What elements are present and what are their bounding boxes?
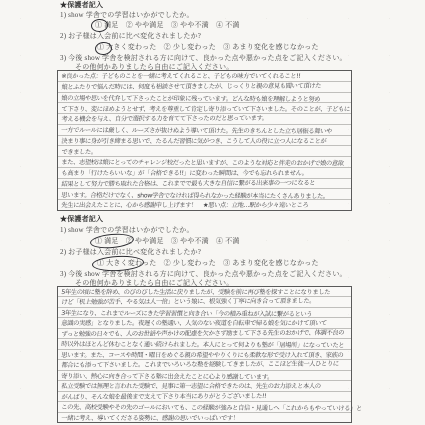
handwritten-text: て下さり、変にほめようとせず、考えを尊重して肯定し寄り添っていて下さいました。そ… xyxy=(61,106,350,113)
question-2-label: 2) お子様は入会前に比べ変化されましたか? xyxy=(60,248,201,256)
circled-answer-q1 xyxy=(91,18,109,32)
question-3-label: 3) 今後 show 学舎を検討される方に向けて、良かった点や悪かった点をご記入… xyxy=(60,270,347,278)
handwritten-line: 一方でルールには厳しく、ルーズさが抜けぬよう導いて頂けた。先生のきちんとした立ち… xyxy=(58,125,351,136)
handwritten-line: 結果として努力で勝ち取れた合格は、これまでで最も大きな自信に繋がる出来事の一つに… xyxy=(58,179,351,190)
question-1-label: 1) show 学舎での学習はいかがでしたか。 xyxy=(60,226,194,234)
handwritten-line: 一緒に考え、導いてくださる姿勢に、感謝の思いでいっぱいです！ xyxy=(58,413,351,422)
handwritten-text: 娘の立場や思いを代弁して下さったことが印象に残っています。どんな時も娘を理解しよ… xyxy=(61,95,320,103)
question-2-label: 2) お子様は入会前に比べ変化されましたか? xyxy=(60,32,201,40)
handwritten-line: 思います。また、コースや時間・曜日をめぐる親の希望ややりくりにも柔軟な形で受け入… xyxy=(58,350,351,360)
survey-section-2: ★保護者記入 1) show 学舎での学習はいかがでしたか。 ① 満足 ② やや… xyxy=(0,213,425,425)
handwritten-text: 考える機会を与え、自分で選択する力を育てて下さったのだと思っています。 xyxy=(61,115,268,123)
handwritten-line: この先、高校受験やその先のゴールにおいても、この経験が強みと自信・見通しへ「これ… xyxy=(58,402,351,412)
question-1-label: 1) show 学舎での学習はいかがでしたか。 xyxy=(60,11,194,19)
handwritten-text: 思います。合格だけでなく、show学舎でなければ得られなかった経験が本当にたくさ… xyxy=(61,192,329,200)
handwritten-text: 決まり事に身が引き締まる思いで、たるんだ習慣に気がつき、こうして人の役に立つ人に… xyxy=(61,138,327,145)
handwritten-line: 考える機会を与え、自分で選択する力を育てて下さったのだと思っています。 xyxy=(58,114,351,125)
handwritten-line: がんばり、そんな娘を最後まで支えて下さり本当にありがとうございました!! xyxy=(58,392,351,402)
handwritten-text: 都合にも添って下さいました。これまでいろいろな塾を経験してきましたが、ここほど生… xyxy=(61,361,339,369)
question-1-options: ① 満足 ② やや満足 ③ やや不満 ④ 不満 xyxy=(95,21,240,29)
handwritten-text: 一方でルールには厳しく、ルーズさが抜けぬよう導いて頂けた。先生のきちんとした立ち… xyxy=(61,127,332,135)
survey-section-1: ★保護者記入 1) show 学舎での学習はいかがでしたか。 ① 満足 ② やや… xyxy=(0,0,425,212)
question-2-options: ① 大きく変わった ② 少し変わった ③ あまり変化を感じなかった xyxy=(97,43,319,51)
handwritten-text: 私立受験では無理と言われた受験で、見事に第一志望に合格できたのは、先生のお力添え… xyxy=(61,383,321,390)
scanned-survey-page: ★保護者記入 1) show 学舎での学習はいかがでしたか。 ① 満足 ② やや… xyxy=(0,0,425,425)
handwritten-text: この先、高校受験やその先のゴールにおいても、この経験が強みと自信・見通しへ「これ… xyxy=(61,404,362,412)
handwritten-line: 都合にも添って下さいました。これまでいろいろな塾を経験してきましたが、ここほど生… xyxy=(58,360,351,370)
handwritten-line: 5年生の頃に塾を辞め、のびのびした生活に戻りましたが、受験を前に再び塾を探すこと… xyxy=(58,287,351,297)
handwritten-text: 先生に出会えたことに、心から感謝申し上げます！ ★悪い点：立地…駅から少々遠いと… xyxy=(61,202,309,209)
handwritten-text: けど「机上勉強が苦手、やる気は人一倍」という娘に、根気強く丁寧に向き合って頂きま… xyxy=(61,298,315,306)
handwritten-text: 娘とふたりで悩んだ時には、何度も相談させて頂きましたが、じっくりと親の意見も聞い… xyxy=(61,83,321,91)
handwritten-text: できました。 xyxy=(61,148,97,155)
handwritten-text: 寄り添い、熱心に向き合って下さる塾に出会えたことに心より感謝しています。 xyxy=(61,373,273,381)
question-3-label: 3) 今後 show 学舎を検討される方に向けて、良かった点や悪かった点をご記入… xyxy=(60,54,347,62)
handwritten-text: 意識の実感」となりました。夜遅くの塾通い、人気のない夜道を自転車で帰る娘を気にか… xyxy=(61,320,327,327)
handwritten-line: て下さり、変にほめようとせず、考えを尊重して肯定し寄り添っていて下さいました。そ… xyxy=(58,103,351,114)
handwritten-text: 結果として努力で勝ち取れた合格は、これまでで最も大きな自信に繋がる出来事の一つに… xyxy=(61,180,315,188)
handwritten-line: も高まり「行けたらいいな」が「合格できる!!」に変わった瞬間は、今でも忘れられま… xyxy=(58,168,351,179)
handwritten-answer-box: ※良かった点：子どものことを一緒に考えてくれること、子どもの味方でいてくれること… xyxy=(57,70,352,211)
handwritten-line: 思います。合格だけでなく、show学舎でなければ得られなかった経験が本当にたくさ… xyxy=(58,189,351,200)
handwritten-line: また、志望校は娘にとってのチャレンジ校だったと思いますが、このような対応と伴走の… xyxy=(58,157,351,168)
handwritten-line: 3年生になり、これまでルーズにきた学習習慣と向き合い「今の積み重ねが入試に繋がる… xyxy=(58,308,351,318)
parent-entry-marker: ★保護者記入 xyxy=(60,215,103,223)
handwritten-line: 娘とふたりで悩んだ時には、何度も相談させて頂きましたが、じっくりと親の意見も聞い… xyxy=(58,82,351,93)
handwritten-text: 時以外はほとんど休むことなく通い続けられました。本人にとって何よりも塾が「居場所… xyxy=(61,341,344,349)
handwritten-text: また、志望校は娘にとってのチャレンジ校だったと思いますが、このような対応と伴走の… xyxy=(61,159,344,167)
handwritten-text: も高まり「行けたらいいな」が「合格できる!!」に変わった瞬間は、今でも忘れられま… xyxy=(61,170,308,177)
handwritten-text: ずっと勉強の日々でも、人のお世話や声かけの配慮を欠かさず励まして下さる先生のおか… xyxy=(61,329,344,337)
handwritten-text: ※良かった点：子どものことを一緒に考えてくれること、子どもの味方でいてくれること… xyxy=(61,73,301,80)
handwritten-answer-box: 5年生の頃に塾を辞め、のびのびした生活に戻りましたが、受験を前に再び塾を探すこと… xyxy=(57,286,352,423)
handwritten-line: 娘の立場や思いを代弁して下さったことが印象に残っています。どんな時も娘を理解しよ… xyxy=(58,93,351,104)
handwritten-text: がんばり、そんな娘を最後まで支えて下さり本当にありがとうございました!! xyxy=(61,393,267,401)
handwritten-line: 寄り添い、熱心に向き合って下さる塾に出会えたことに心より感謝しています。 xyxy=(58,371,351,381)
handwritten-text: 一緒に考え、導いてくださる姿勢に、感謝の思いでいっぱいです！ xyxy=(61,415,239,422)
handwritten-line: ずっと勉強の日々でも、人のお世話や声かけの配慮を欠かさず励まして下さる先生のおか… xyxy=(58,329,351,339)
parent-entry-marker: ★保護者記入 xyxy=(60,1,103,9)
handwritten-line: ※良かった点：子どものことを一緒に考えてくれること、子どもの味方でいてくれること… xyxy=(58,71,351,82)
handwritten-line: 先生に出会えたことに、心から感謝申し上げます！ ★悪い点：立地…駅から少々遠いと… xyxy=(58,200,351,210)
handwritten-text: 思います。また、コースや時間・曜日をめぐる親の希望ややりくりにも柔軟な形で受け入… xyxy=(61,352,344,359)
handwritten-line: けど「机上勉強が苦手、やる気は人一倍」という娘に、根気強く丁寧に向き合って頂きま… xyxy=(58,297,351,307)
handwritten-line: 意識の実感」となりました。夜遅くの塾通い、人気のない夜道を自転車で帰る娘を気にか… xyxy=(58,318,351,328)
handwritten-line: 時以外はほとんど休むことなく通い続けられました。本人にとって何よりも塾が「居場所… xyxy=(58,339,351,349)
handwritten-line: できました。 xyxy=(58,146,351,157)
handwritten-line: 決まり事に身が引き締まる思いで、たるんだ習慣に気がつき、こうして人の役に立つ人に… xyxy=(58,136,351,147)
handwritten-text: 5年生の頃に塾を辞め、のびのびした生活に戻りましたが、受験を前に再び塾を探すこと… xyxy=(61,289,330,296)
handwritten-line: 私立受験では無理と言われた受験で、見事に第一志望に合格できたのは、先生のお力添え… xyxy=(58,381,351,391)
handwritten-text: 3年生になり、これまでルーズにきた学習習慣と向き合い「今の積み重ねが入試に繋がる… xyxy=(61,310,312,318)
